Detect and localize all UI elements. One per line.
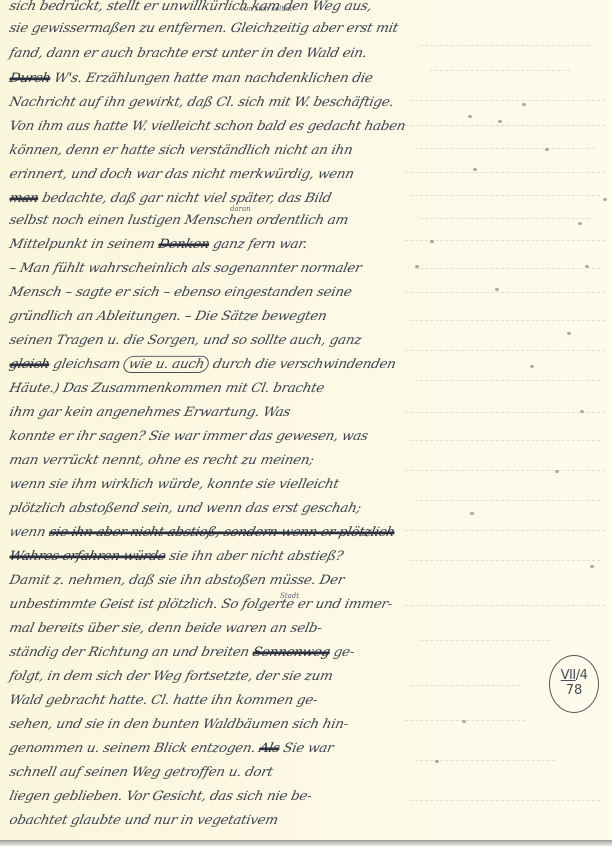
manuscript-line: obachtet glaubte und nur in vegetativem <box>8 813 279 828</box>
manuscript-line: sie gewissermaßen zu entfernen. Gleichze… <box>8 21 399 36</box>
manuscript-line: Mensch – sagte er sich – ebenso eingesta… <box>8 285 353 300</box>
manuscript-line: seinen Tragen u. die Sorgen, und so soll… <box>8 333 363 348</box>
manuscript-line: Damit z. nehmen, daß sie ihn abstoßen mü… <box>8 573 346 588</box>
manuscript-line: genommen u. seinem Blick entzogen. Als S… <box>8 741 335 756</box>
manuscript-line: sehen, und sie in den bunten Waldbäumen … <box>8 717 350 732</box>
manuscript-line: unbestimmte Geist ist plötzlich. So folg… <box>8 597 394 612</box>
manuscript-line: mal bereits über sie, denn beide waren a… <box>8 621 323 636</box>
manuscript-line: fand, dann er auch brachte erst unter in… <box>8 46 368 61</box>
manuscript-line: wenn sie ihm wirklich würde, konnte sie … <box>8 477 340 492</box>
manuscript-line: gründlich an Ableitungen. – Die Sätze be… <box>8 309 328 324</box>
archive-page-number: 78 <box>566 684 583 699</box>
manuscript-line: liegen geblieben. Vor Gesicht, das sich … <box>8 789 313 804</box>
manuscript-line: – Man fühlt wahrscheinlich als sogenannt… <box>8 261 363 276</box>
manuscript-line: Wahres erfahren würde sie ihn aber nicht… <box>8 549 344 564</box>
archive-volume-folder: VII/4 <box>561 669 588 684</box>
manuscript-line: folgt, in dem sich der Weg fortsetzte, d… <box>8 669 334 684</box>
manuscript-line: Häute.) Das Zusammenkommen mit Cl. brach… <box>8 381 326 396</box>
manuscript-line: erinnert, und doch war das nicht merkwür… <box>8 167 355 182</box>
manuscript-line: plötzlich abstoßend sein, und wenn das e… <box>8 501 362 516</box>
bleed-through-text <box>400 0 612 840</box>
manuscript-line: man verrückt nennt, ohne es recht zu mei… <box>8 453 315 468</box>
manuscript-line: man bedachte, daß gar nicht viel später,… <box>8 191 333 206</box>
manuscript-line: Nachricht auf ihn gewirkt, daß Cl. sich … <box>8 95 395 110</box>
manuscript-line: können, denn er hatte sich verständlich … <box>8 143 354 158</box>
manuscript-line: Mittelpunkt in seinem Denken ganz fern w… <box>8 237 309 252</box>
manuscript-line: ihm gar kein angenehmes Erwartung. Was <box>8 405 292 420</box>
manuscript-line: schnell auf seinen Weg getroffen u. dort <box>8 765 274 780</box>
manuscript-line: Durch W's. Erzählungen hatte man nachden… <box>8 71 374 86</box>
manuscript-line: selbst noch einen lustigen Menschen orde… <box>8 213 350 228</box>
manuscript-line: ständig der Richtung an und breiten Sonn… <box>8 645 356 660</box>
manuscript-page: von sich selbst daran Stadt sich bedrück… <box>0 0 612 840</box>
interlinear-note: daran <box>230 205 251 213</box>
manuscript-line: sich bedrückt, stellt er unwillkürlich k… <box>8 0 373 14</box>
manuscript-line: gleich gleichsam wie u. auch durch die v… <box>8 357 397 372</box>
page-edge-shadow <box>0 840 612 846</box>
manuscript-line: Von ihm aus hatte W. vielleicht schon ba… <box>8 119 407 134</box>
manuscript-line: konnte er ihr sagen? Sie war immer das g… <box>8 429 369 444</box>
manuscript-line: wenn sie ihn aber nicht abstieß, sondern… <box>8 525 396 540</box>
archive-stamp: VII/4 78 <box>549 655 599 713</box>
manuscript-line: Wald gebracht hatte. Cl. hatte ihn komme… <box>8 693 319 708</box>
